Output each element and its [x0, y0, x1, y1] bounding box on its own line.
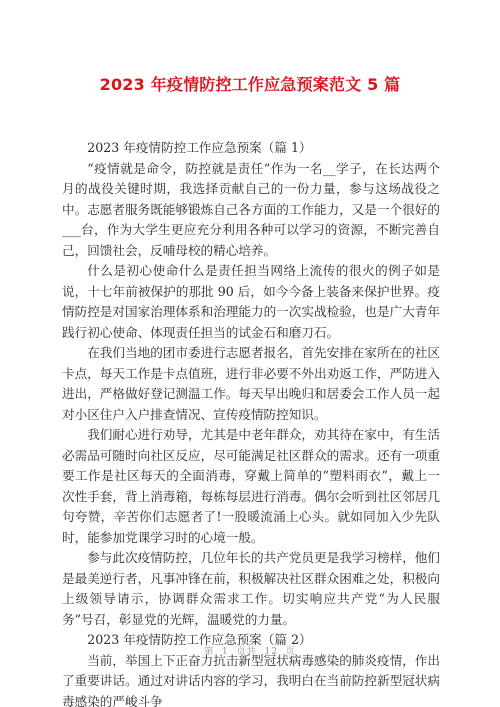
page-number-footer: 第 1 页共 12 页 — [0, 644, 500, 657]
document-body: 2023 年疫情防控工作应急预案（篇 1） “疫情就是命令，防控就是责任”作为一… — [62, 138, 440, 707]
paragraph: 参与此次疫情防控，几位年长的共产党员更是我学习榜样，他们是最美逆行者，凡事冲锋在… — [62, 548, 440, 630]
paragraph: 我们耐心进行劝导，尤其是中老年群众，劝其待在家中，有生活必需品可随时向社区反应，… — [62, 425, 440, 548]
section-heading: 2023 年疫情防控工作应急预案（篇 1） — [62, 138, 440, 159]
document-page: 2023 年疫情防控工作应急预案范文 5 篇 2023 年疫情防控工作应急预案（… — [0, 0, 500, 707]
paragraph: 在我们当地的团市委进行志愿者报名，首先安排在家所在的社区卡点，每天工作是卡点值班… — [62, 343, 440, 425]
document-title: 2023 年疫情防控工作应急预案范文 5 篇 — [0, 74, 500, 96]
paragraph: 什么是初心使命什么是责任担当网络上流传的很火的例子如是说，十七年前被保护的那批 … — [62, 261, 440, 343]
paragraph: “疫情就是命令，防控就是责任”作为一名__学子，在长达两个月的战役关键时期，我选… — [62, 159, 440, 262]
paragraph: 当前，举国上下正奋力抗击新型冠状病毒感染的肺炎疫情，作出了重要讲话。通过对讲话内… — [62, 651, 440, 707]
